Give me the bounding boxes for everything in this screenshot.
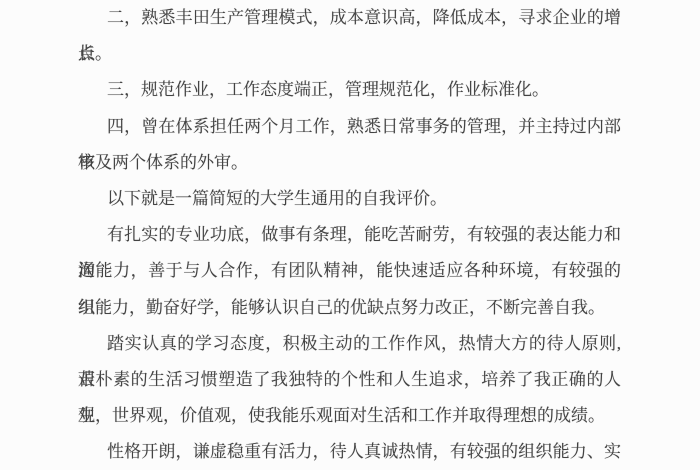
text-block: 二，熟悉丰田生产管理模式，成本意识高，降低成本，寻求企业的增长点。三，规范作业，… <box>78 0 621 470</box>
text-line: 性格开朗，谦虚稳重有活力，待人真诚热情，有较强的组织能力、实际 <box>78 434 621 470</box>
text-line: 有扎实的专业功底，做事有条理，能吃苦耐劳，有较强的表达能力和沟 <box>78 217 621 253</box>
text-line: 核及两个体系的外审。 <box>78 145 621 181</box>
text-line: 观，世界观，价值观，使我能乐观面对生活和工作并取得理想的成绩。 <box>78 398 621 434</box>
text-line: 以下就是一篇简短的大学生通用的自我评价。 <box>78 181 621 217</box>
text-line: 苦朴素的生活习惯塑造了我独特的个性和人生追求，培养了我正确的人生 <box>78 362 621 398</box>
text-line: 二，熟悉丰田生产管理模式，成本意识高，降低成本，寻求企业的增长 <box>78 0 621 36</box>
text-line: 织能力，勤奋好学，能够认识自己的优缺点努力改正，不断完善自我。 <box>78 290 621 326</box>
text-line: 踏实认真的学习态度，积极主动的工作作风，热情大方的待人原则,艰 <box>78 326 621 362</box>
text-line: 三，规范作业，工作态度端正，管理规范化，作业标准化。 <box>78 72 621 108</box>
document-page: 二，熟悉丰田生产管理模式，成本意识高，降低成本，寻求企业的增长点。三，规范作业，… <box>0 0 700 470</box>
text-line: 点。 <box>78 36 621 72</box>
text-line: 通能力，善于与人合作，有团队精神，能快速适应各种环境，有较强的组 <box>78 253 621 289</box>
text-line: 四，曾在体系担任两个月工作，熟悉日常事务的管理，并主持过内部审 <box>78 109 621 145</box>
